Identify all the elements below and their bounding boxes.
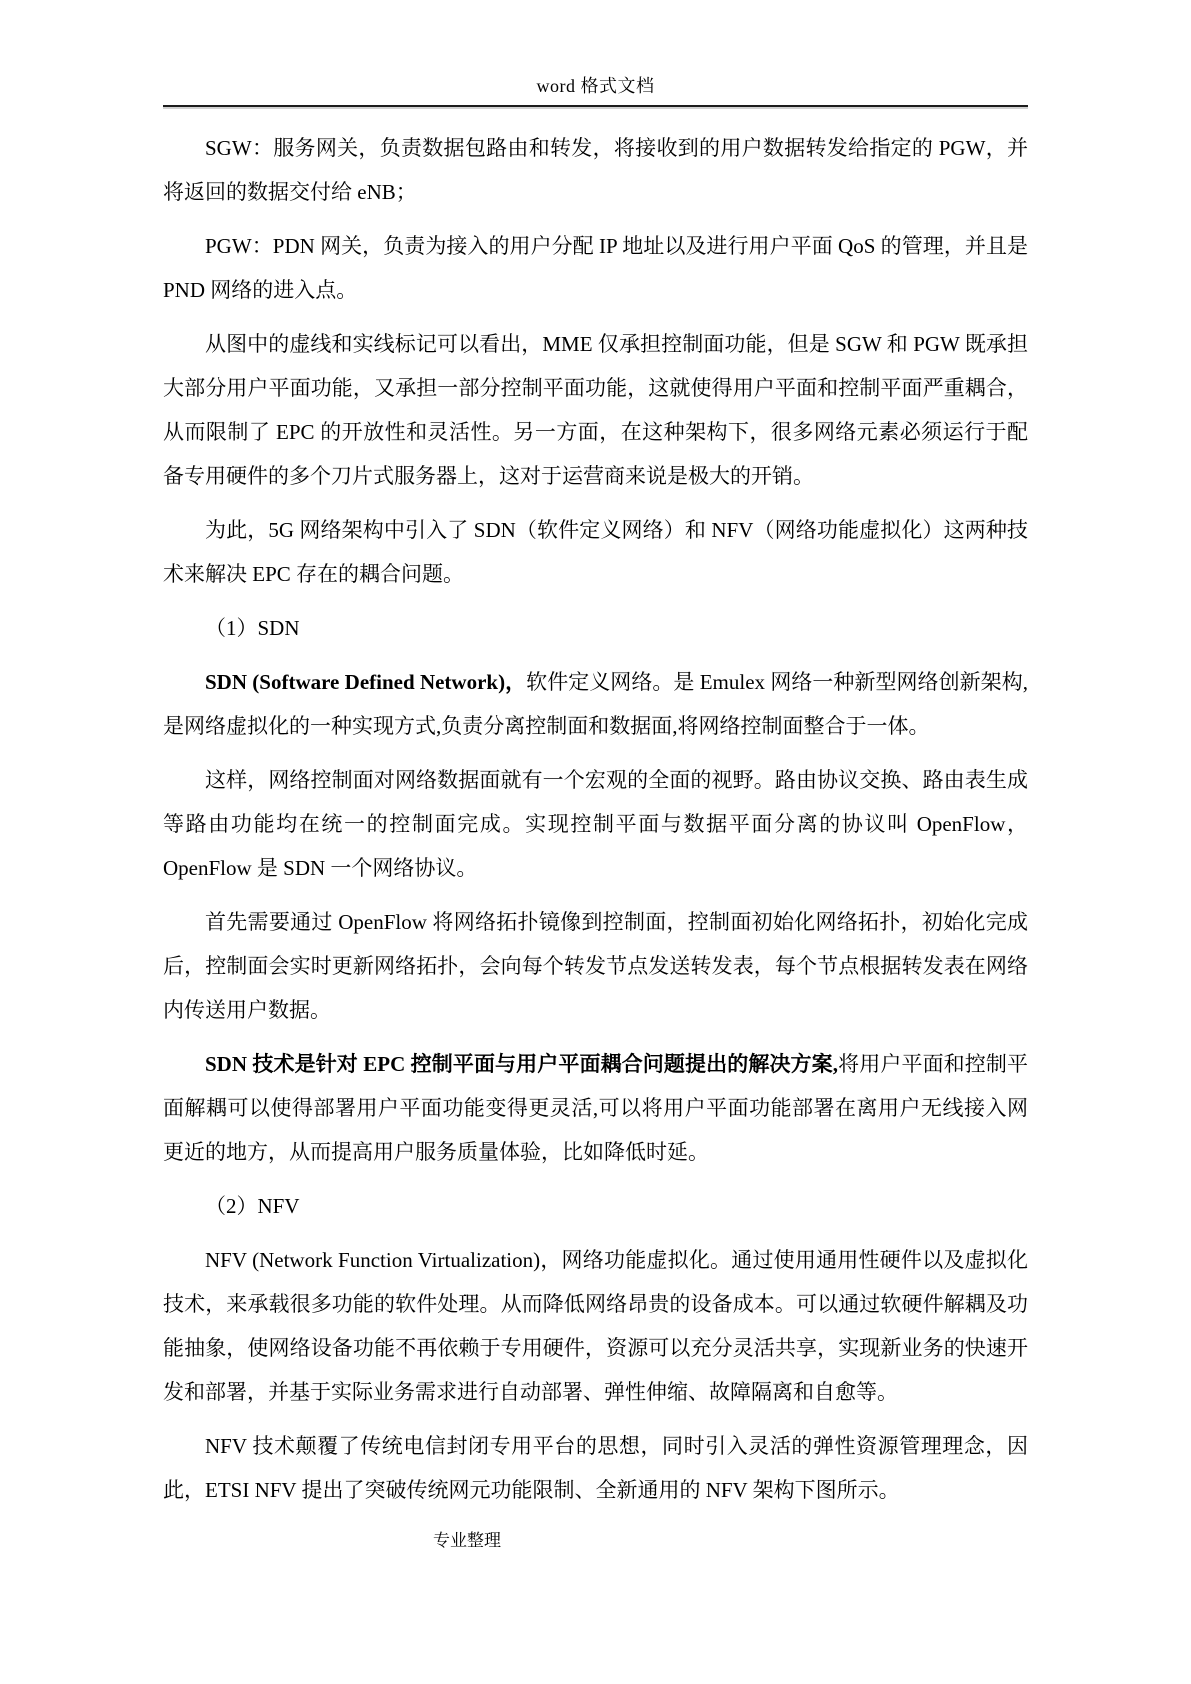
page-header: word 格式文档: [163, 74, 1028, 107]
paragraph: 这样，网络控制面对网络数据面就有一个宏观的全面的视野。路由协议交换、路由表生成等…: [163, 758, 1028, 890]
paragraph: 从图中的虚线和实线标记可以看出，MME 仅承担控制面功能，但是 SGW 和 PG…: [163, 322, 1028, 498]
document-body: SGW：服务网关，负责数据包路由和转发，将接收到的用户数据转发给指定的 PGW，…: [163, 126, 1028, 1522]
paragraph: SDN 技术是针对 EPC 控制平面与用户平面耦合问题提出的解决方案,将用户平面…: [163, 1042, 1028, 1174]
paragraph: NFV (Network Function Virtualization)，网络…: [163, 1238, 1028, 1414]
paragraph: 为此，5G 网络架构中引入了 SDN（软件定义网络）和 NFV（网络功能虚拟化）…: [163, 508, 1028, 596]
bold-run: SDN (Software Defined Network)，: [205, 670, 526, 694]
paragraph: SDN (Software Defined Network)，软件定义网络。是 …: [163, 660, 1028, 748]
header-title: word 格式文档: [537, 76, 655, 96]
bold-run: SDN 技术是针对 EPC 控制平面与用户平面耦合问题提出的解决方案,: [205, 1052, 838, 1076]
page-footer: 专业整理: [433, 1530, 501, 1552]
paragraph: 首先需要通过 OpenFlow 将网络拓扑镜像到控制面，控制面初始化网络拓扑，初…: [163, 900, 1028, 1032]
paragraph: NFV 技术颠覆了传统电信封闭专用平台的思想，同时引入灵活的弹性资源管理理念，因…: [163, 1424, 1028, 1512]
paragraph: （1）SDN: [163, 606, 1028, 650]
paragraph: （2）NFV: [163, 1184, 1028, 1228]
paragraph: SGW：服务网关，负责数据包路由和转发，将接收到的用户数据转发给指定的 PGW，…: [163, 126, 1028, 214]
paragraph: PGW：PDN 网关，负责为接入的用户分配 IP 地址以及进行用户平面 QoS …: [163, 224, 1028, 312]
document-page: word 格式文档 SGW：服务网关，负责数据包路由和转发，将接收到的用户数据转…: [0, 0, 1191, 1684]
footer-text: 专业整理: [433, 1531, 501, 1550]
